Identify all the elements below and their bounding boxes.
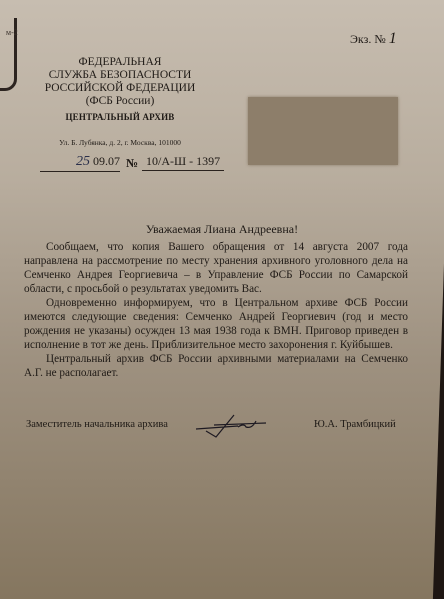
letterhead-line: (ФСБ России) bbox=[40, 95, 200, 108]
reference-number: 10/А-Ш - 1397 bbox=[142, 150, 224, 171]
paragraph: Одновременно информируем, что в Централь… bbox=[24, 296, 408, 352]
signature-block: Заместитель начальника архива Ю.А. Трамб… bbox=[26, 415, 406, 445]
date-handwritten: 25 bbox=[76, 154, 90, 169]
letter-page: м-2 Экз. №1 ФЕДЕРАЛЬНАЯ СЛУЖБА БЕЗОПАСНО… bbox=[0, 0, 444, 599]
letterhead: ФЕДЕРАЛЬНАЯ СЛУЖБА БЕЗОПАСНОСТИ РОССИЙСК… bbox=[40, 56, 200, 108]
paragraph: Центральный архив ФСБ России архивными м… bbox=[24, 352, 408, 380]
letterhead-line: ФЕДЕРАЛЬНАЯ bbox=[40, 56, 200, 69]
copy-number-value: 1 bbox=[389, 30, 397, 47]
paragraph: Сообщаем, что копия Вашего обращения от … bbox=[24, 240, 408, 296]
redacted-recipient-block bbox=[248, 97, 398, 165]
salutation: Уважаемая Лиана Андреевна! bbox=[0, 222, 444, 237]
letterhead-line: РОССИЙСКОЙ ФЕДЕРАЦИИ bbox=[40, 82, 200, 95]
stamp-number: м-2 bbox=[6, 28, 18, 37]
address: Ул. Б. Лубянка, д. 2, г. Москва, 101000 bbox=[40, 138, 200, 147]
date-printed: 09.07 bbox=[93, 154, 120, 168]
date-field: 25 09.07 bbox=[40, 150, 120, 172]
letter-body: Сообщаем, что копия Вашего обращения от … bbox=[24, 240, 408, 380]
copy-number: Экз. №1 bbox=[350, 30, 397, 48]
number-label: № bbox=[126, 156, 138, 171]
handwritten-signature-icon bbox=[186, 409, 296, 443]
copy-number-label: Экз. № bbox=[350, 32, 386, 46]
reference-row: 25 09.07 № 10/А-Ш - 1397 bbox=[38, 150, 228, 174]
letterhead-line: СЛУЖБА БЕЗОПАСНОСТИ bbox=[40, 69, 200, 82]
department-name: ЦЕНТРАЛЬНЫЙ АРХИВ bbox=[40, 112, 200, 122]
signatory-title: Заместитель начальника архива bbox=[26, 419, 168, 430]
signatory-name: Ю.А. Трамбицкий bbox=[314, 419, 396, 430]
